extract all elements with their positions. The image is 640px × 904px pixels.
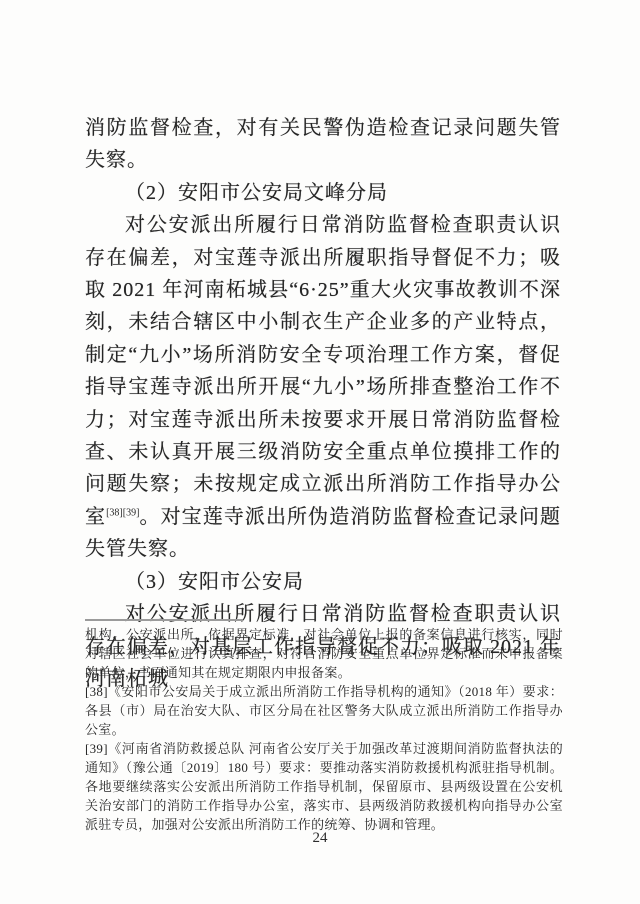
footnote-38: [38]《安阳市公安局关于成立派出所消防工作指导机构的通知》（2018 年）要求… — [85, 682, 563, 739]
document-page: 消防监督检查，对有关民警伪造检查记录问题失管失察。 （2）安阳市公安局文峰分局 … — [0, 0, 640, 904]
section-heading-2: （2）安阳市公安局文峰分局 — [85, 177, 561, 209]
paragraph-continued: 消防监督检查，对有关民警伪造检查记录问题失管失察。 — [85, 112, 561, 177]
footnote-divider — [85, 619, 243, 621]
paragraph-text: 。对宝莲寺派出所伪造消防监督检查记录问题失管失察。 — [85, 506, 561, 560]
footnotes-section: 机构、公安派出所，依据界定标准，对社会单位上报的备案信息进行核实，同时对辖区社会… — [85, 625, 563, 834]
body-text: 消防监督检查，对有关民警伪造检查记录问题失管失察。 （2）安阳市公安局文峰分局 … — [85, 112, 561, 695]
footnote-continued: 机构、公安派出所，依据界定标准，对社会单位上报的备案信息进行核实，同时对辖区社会… — [85, 625, 563, 682]
section-heading-3: （3）安阳市公安局 — [85, 566, 561, 598]
page-number: 24 — [0, 829, 640, 847]
footnote-refs: [38][39] — [106, 507, 139, 518]
paragraph-wenfeng: 对公安派出所履行日常消防监督检查职责认识存在偏差，对宝莲寺派出所履职指导督促不力… — [85, 209, 561, 565]
paragraph-text: 对公安派出所履行日常消防监督检查职责认识存在偏差，对宝莲寺派出所履职指导督促不力… — [85, 214, 561, 528]
footnote-39: [39]《河南省消防救援总队 河南省公安厅关于加强改革过渡期间消防监督执法的通知… — [85, 739, 563, 834]
